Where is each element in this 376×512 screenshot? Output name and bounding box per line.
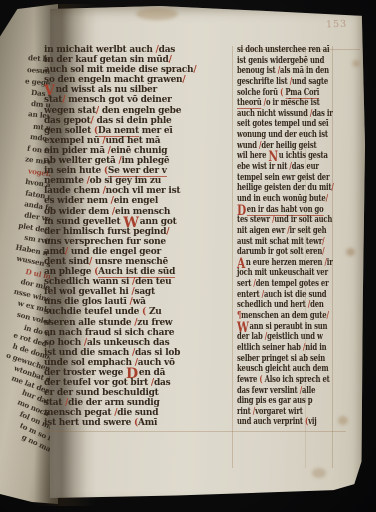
manuscript-line: geschrifte list /und sagte bbox=[237, 77, 334, 88]
manuscript-line: auch nicht wissund /das ir bbox=[237, 109, 334, 120]
rubricated-initial: A bbox=[237, 261, 245, 267]
manuscript-line: amd/ und die engel geor bbox=[44, 247, 232, 257]
manuscript-line: nit aigen ewr /ir seit geh bbox=[237, 226, 334, 237]
manuscript-line: der himlisch furst pegind/ bbox=[44, 227, 232, 237]
manuscript-line: keusch gleicht auch dem bbox=[237, 364, 334, 375]
manuscript-line: ab wellter getā /im phlegē bbox=[44, 156, 232, 166]
manuscript-line: tes stewr /und ir solt auch bbox=[237, 215, 334, 226]
manuscript-line: so den engeln macht grawen/ bbox=[44, 75, 232, 85]
rubricated-initial: D bbox=[126, 371, 138, 377]
manuscript-line: selber pringet si ab sein bbox=[237, 354, 334, 365]
manuscript-photo: det beroesunde gegenDas uldm udan leutmt… bbox=[0, 0, 376, 512]
manuscript-line: ist hert und swere (Amī bbox=[44, 418, 232, 428]
manuscript-line: in michait werlbt auch /das bbox=[44, 45, 232, 55]
manuscript-line: und in euch wonūg bute/ bbox=[237, 194, 334, 205]
manuscript-line: es wider nem /ein engel bbox=[44, 196, 232, 206]
manuscript-line: stat /die der arm sundig bbox=[44, 398, 232, 408]
manuscript-line: uns die glos lautī /wā bbox=[44, 297, 232, 307]
manuscript-line: und auch verprint (vij bbox=[237, 417, 334, 428]
manuscript-line: fewre ( Also ich sprech et bbox=[237, 375, 334, 386]
manuscript-line: an phlege (Auch ist die sūd bbox=[44, 267, 232, 277]
rubricated-initial: W bbox=[237, 325, 249, 331]
manuscript-line: rint /vorgaret wirt bbox=[237, 407, 334, 418]
ruling-line-vertical bbox=[232, 46, 233, 468]
manuscript-line: benoug ist /als mā in den bbox=[237, 66, 334, 77]
rubricated-initial: N bbox=[268, 154, 278, 160]
manuscript-line: laude chem /noch vil mer ist bbox=[44, 186, 232, 196]
ruling-line-horizontal bbox=[44, 431, 346, 432]
manuscript-line: gen sollet (Da nemt mer eī bbox=[44, 126, 232, 136]
manuscript-line: unde sol emphach /auch vō bbox=[44, 358, 232, 368]
folio-number: 153 bbox=[326, 19, 348, 31]
manuscript-line: in sund gevellet Wann got bbox=[44, 217, 232, 227]
manuscript-line: ¶menschen an dem gute/ bbox=[237, 311, 334, 322]
manuscript-line: tempel sein ewr geist der bbox=[237, 173, 334, 184]
manuscript-line: der teufel vor got birt /das bbox=[44, 378, 232, 388]
manuscript-line: dent sind/ unsre menschē bbox=[44, 257, 232, 267]
manuscript-line: seit gotes tempel und seī bbox=[237, 119, 334, 130]
manuscript-line: stat/ mensch got vō deiner bbox=[44, 95, 232, 105]
manuscript-line: entert /auch ist die sund bbox=[237, 290, 334, 301]
manuscript-line: ist genis widergebē und bbox=[237, 56, 334, 67]
manuscript-line: wund /der heilig geist bbox=[237, 141, 334, 152]
manuscript-line: sseren alle stunde /zu frew bbox=[44, 318, 232, 328]
manuscript-line: das gepot/ das si dein phle bbox=[44, 116, 232, 126]
text-column-2: si doch unsterchee ren aīist genis wider… bbox=[237, 45, 334, 428]
text-column-1: in michait werlbt auch /dasin der kauf g… bbox=[44, 45, 232, 429]
manuscript-line: joch mit unkeuschait ver bbox=[237, 268, 334, 279]
rubricated-initial: V bbox=[44, 88, 55, 94]
manuscript-line: ist und die smach /das si lob bbox=[44, 348, 232, 358]
rubricated-initial: W bbox=[123, 220, 138, 226]
manuscript-line: solche forū ( Pma Corī bbox=[237, 88, 334, 99]
manuscript-line: in sein hute (Se wer der v bbox=[44, 166, 232, 176]
manuscript-line: ding pis es gar aus p bbox=[237, 396, 334, 407]
manuscript-line: uns versprechen fur sone bbox=[44, 237, 232, 247]
manuscript-line: en nach fraud si sich chare bbox=[44, 328, 232, 338]
manuscript-line: das fewr verslint /alle bbox=[237, 386, 334, 397]
manuscript-line: wonung und der euch ist bbox=[237, 130, 334, 141]
manuscript-line: in der kauf getan sin mūd/ bbox=[44, 55, 232, 65]
manuscript-line: si doch unsterchee ren aī bbox=[237, 45, 334, 56]
manuscript-line: eltlich seiner hab /nid in bbox=[237, 343, 334, 354]
manuscript-line: darumb ir got solt eren/ bbox=[237, 247, 334, 258]
manuscript-line: wegen stat/ den engeln gebe bbox=[44, 106, 232, 116]
manuscript-line: schedlich und hert /den bbox=[237, 300, 334, 311]
manuscript-line: theorū /o ir mēsche ist bbox=[237, 98, 334, 109]
manuscript-line: An eure herzen meren /ir bbox=[237, 258, 334, 269]
manuscript-line: nemmte /ob si gey im zu bbox=[44, 176, 232, 186]
rubricated-initial: D bbox=[237, 208, 246, 214]
manuscript-line: suchdie teufel unde ( Zu bbox=[44, 307, 232, 317]
manuscript-line: Den ir das habt von go bbox=[237, 205, 334, 216]
manuscript-line: schedlich wann si /den teu bbox=[44, 277, 232, 287]
manuscript-line: ebe wist ir nit /das eur bbox=[237, 162, 334, 173]
manuscript-line: Wann si peraubt in sun bbox=[237, 322, 334, 333]
manuscript-line: er der sund beschuldigt bbox=[44, 388, 232, 398]
manuscript-line: aust mit schat mit tewr/ bbox=[237, 237, 334, 248]
manuscript-line: so hoch /als unkeusch das bbox=[44, 338, 232, 348]
manuscript-line: ein pider mā /einē chunig bbox=[44, 146, 232, 156]
manuscript-line: mensch pegat /die sund bbox=[44, 408, 232, 418]
manuscript-line: wil here Nu ichtis gesta bbox=[237, 151, 334, 162]
manuscript-line: exempel nū /und het mā bbox=[44, 136, 232, 146]
manuscript-line: der troster wege Den dā bbox=[44, 368, 232, 378]
manuscript-line: sert /den tempel gotes er bbox=[237, 279, 334, 290]
manuscript-line: auch sol mit meide dise sprach/ bbox=[44, 65, 232, 75]
manuscript-line: der lab /geistlich und w bbox=[237, 332, 334, 343]
manuscript-line: fel wol gevallet hi /sagt bbox=[44, 287, 232, 297]
manuscript-line: Vnd wisst als nu silber bbox=[44, 85, 232, 95]
manuscript-line: heilige geisten der du mit/ bbox=[237, 183, 334, 194]
